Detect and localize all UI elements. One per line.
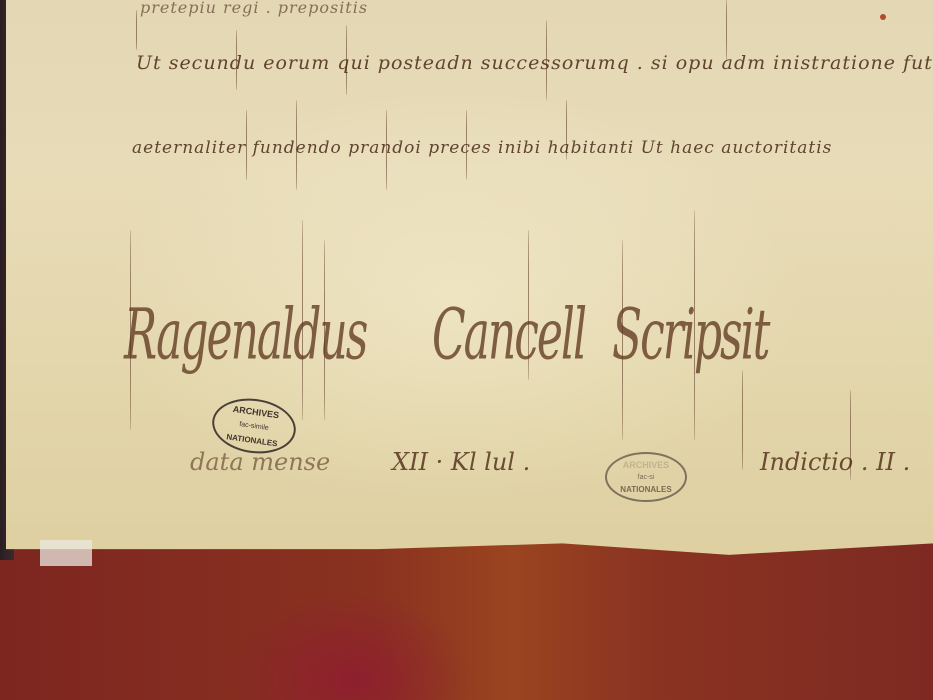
stamp-middle-text: fac-si (638, 474, 655, 481)
signature-cancell: Cancell (432, 295, 585, 377)
tape-strip (40, 540, 92, 566)
stamp-top-text: ARCHIVES (232, 404, 279, 420)
signature-scripsit: Scripsit (612, 295, 768, 377)
stamp-bottom-text: NATIONALES (226, 432, 278, 448)
stamp-top-text: ARCHIVES (623, 460, 670, 470)
stamp-middle-text: fac-simile (239, 421, 269, 432)
archives-stamp-faded: ARCHIVES fac-si NATIONALES (605, 452, 687, 502)
text-line-1: Ut secundu eorum qui posteadn successoru… (136, 52, 933, 74)
dateline-part-2: Indictio . II . (760, 448, 910, 476)
text-line-2: aeternaliter fundendo prandoi preces ini… (132, 138, 832, 158)
dateline-part-1: XII · Kl lul . (392, 448, 530, 476)
signature-ragenaldus: Ragenaldus (124, 295, 366, 377)
text-line-0: pretepiu regi . prepositis (140, 0, 368, 17)
parchment-document (6, 0, 933, 572)
ink-spot (880, 14, 886, 20)
stamp-bottom-text: NATIONALES (620, 485, 671, 494)
